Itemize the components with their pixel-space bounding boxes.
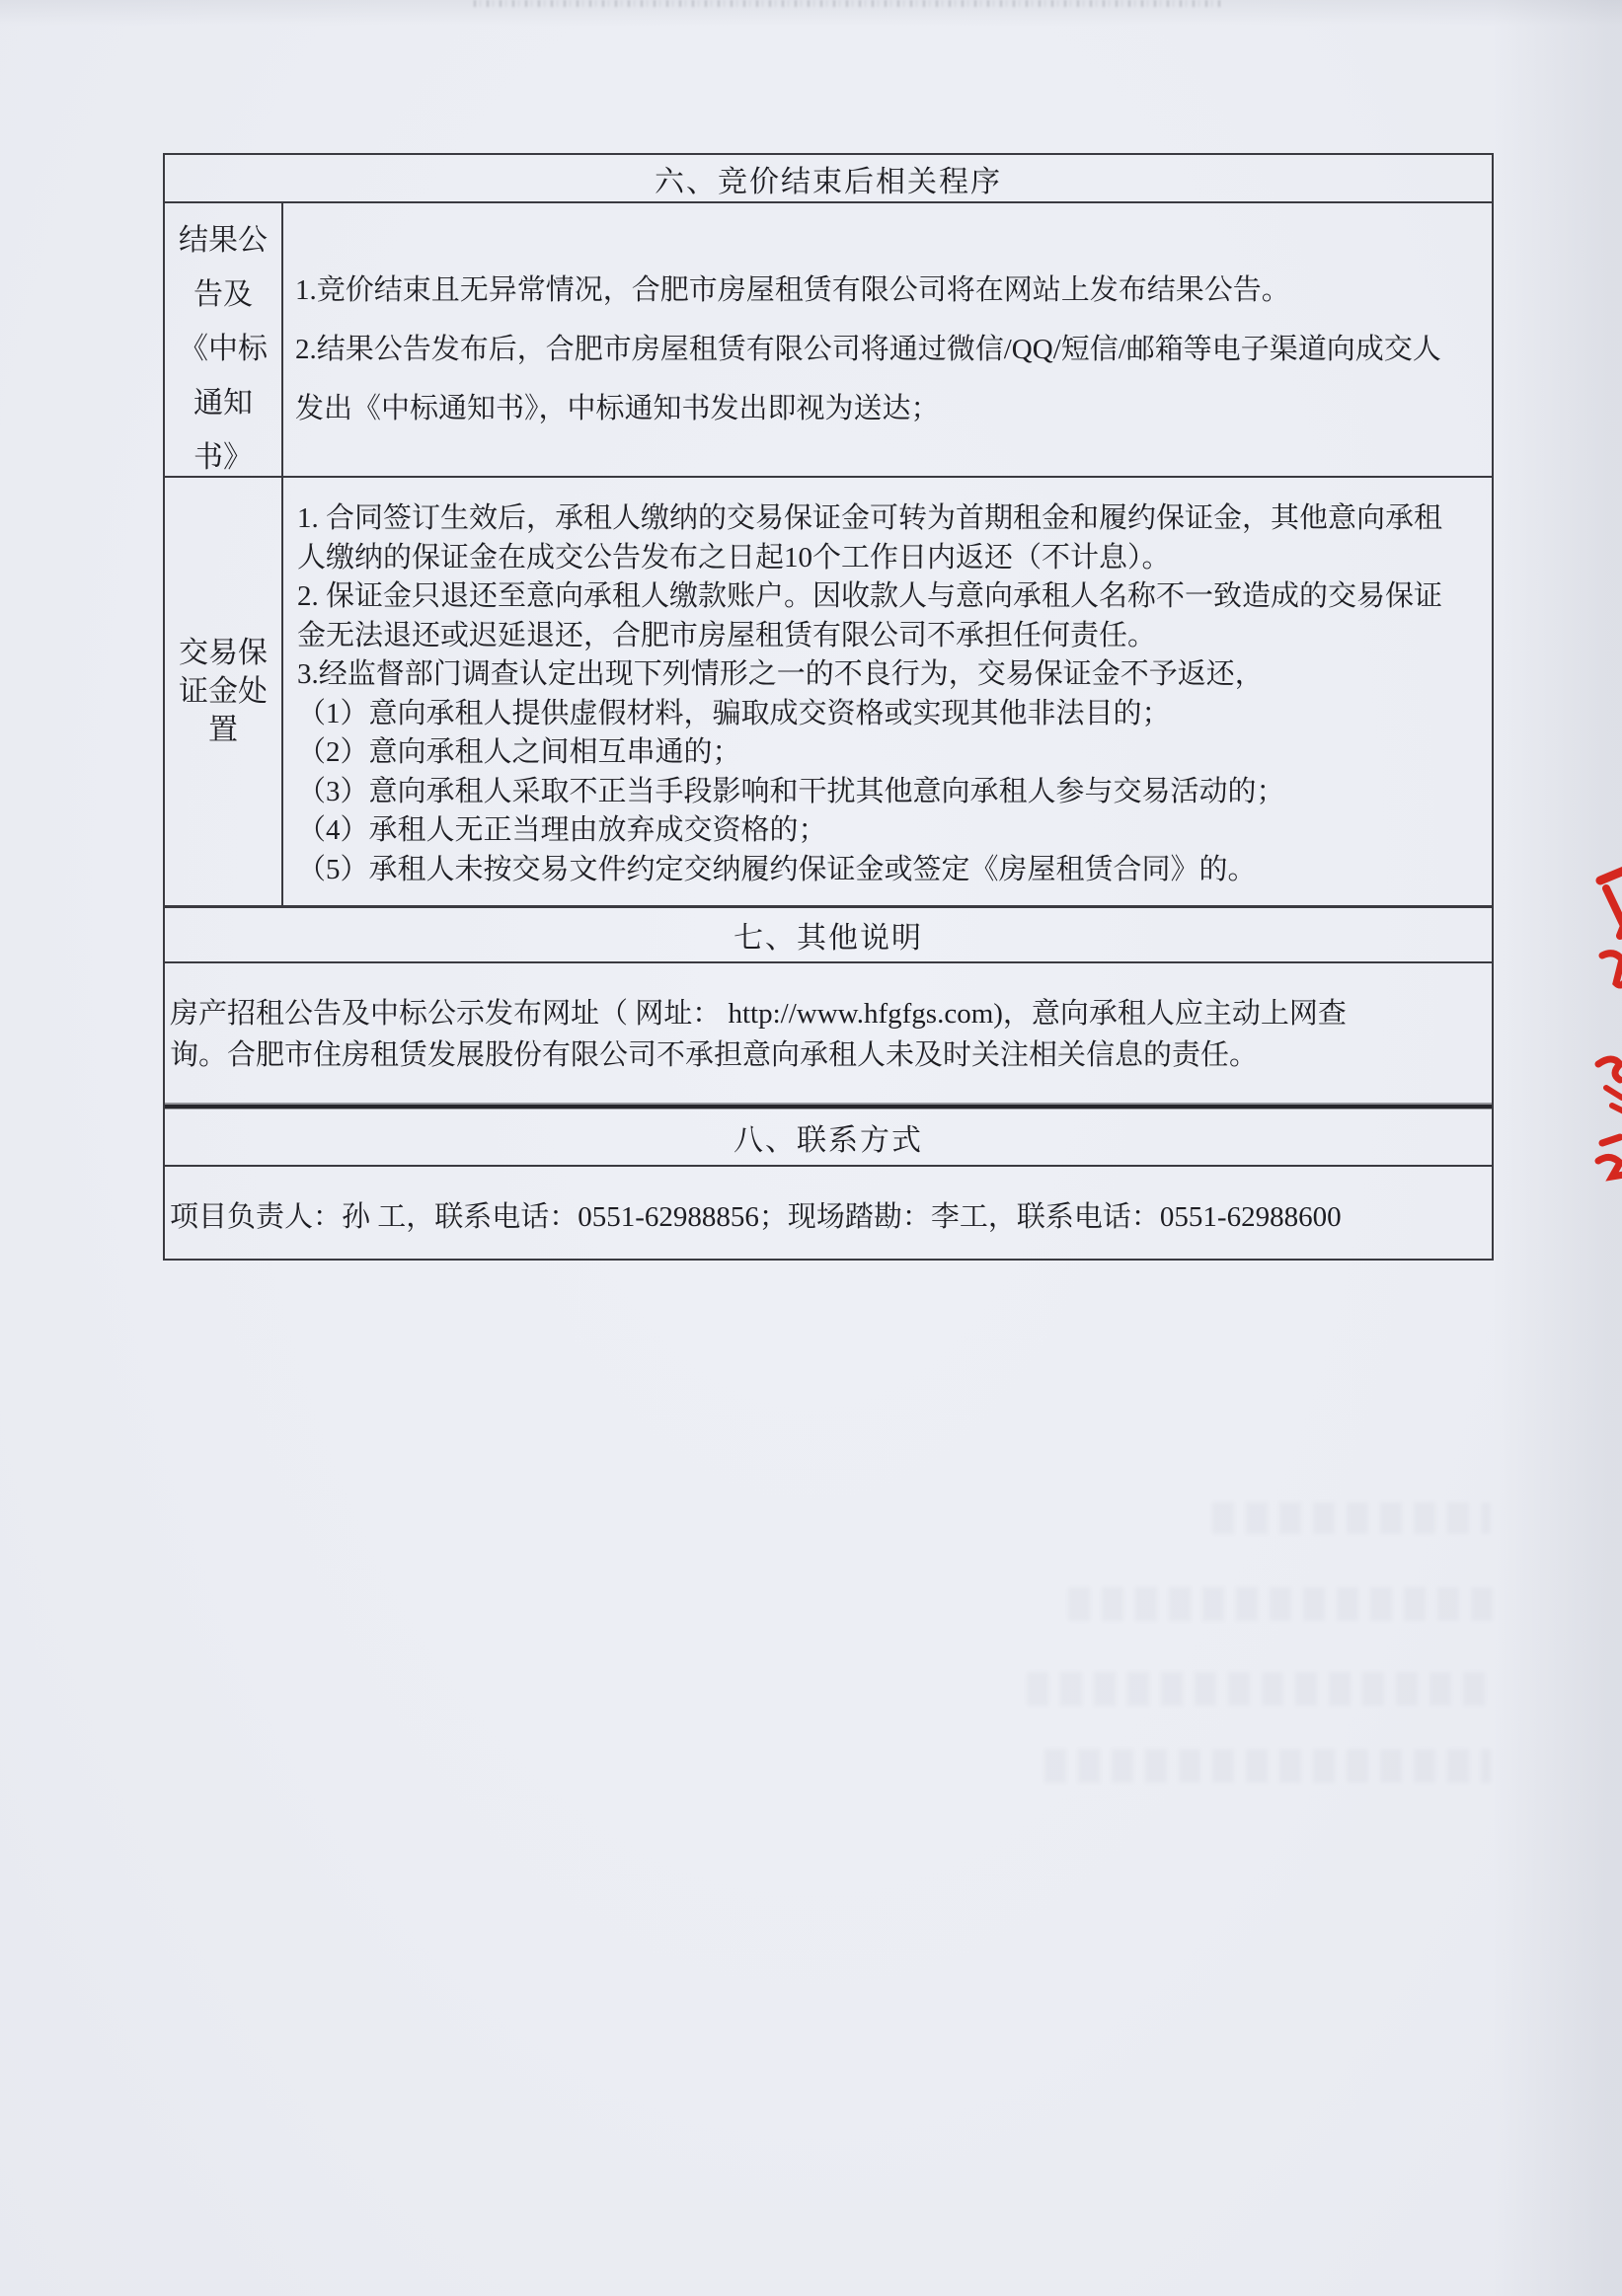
section6-header: 六、竞价结束后相关程序 bbox=[165, 155, 1492, 203]
result-announcement-content: 1.竞价结束且无异常情况，合肥市房屋租赁有限公司将在网站上发布结果公告。 2.结… bbox=[283, 203, 1492, 476]
deposit-handling-label: 交易保 证金处 置 bbox=[165, 478, 283, 905]
label-line: 告及 bbox=[165, 268, 281, 322]
content-line: （5）承租人未按交易文件约定交纳履约保证金或签定《房屋租赁合同》的。 bbox=[297, 851, 1482, 890]
section6-title: 六、竞价结束后相关程序 bbox=[655, 157, 1002, 200]
section7-title: 七、其他说明 bbox=[734, 913, 923, 957]
label-line: 置 bbox=[165, 711, 281, 749]
contact-info-row: 项目负责人：孙 工，联系电话：0551-62988856；现场踏勘：李工，联系电… bbox=[165, 1167, 1492, 1259]
paragraph-line: 询。合肥市住房租赁发展股份有限公司不承担意向承租人未及时关注相关信息的责任。 bbox=[170, 1034, 1484, 1076]
bleed-through-text-artifact bbox=[1027, 1672, 1493, 1706]
content-line: （1）意向承租人提供虚假材料，骗取成交资格或实现其他非法目的； bbox=[297, 695, 1482, 734]
content-line: 1.竞价结束且无异常情况，合肥市房屋租赁有限公司将在网站上发布结果公告。 bbox=[295, 261, 1482, 320]
content-line: 2. 保证金只退还至意向承租人缴款账户。因收款人与意向承租人名称不一致造成的交易… bbox=[297, 577, 1482, 617]
red-stamp-fragment-icon bbox=[1563, 0, 1622, 2296]
label-line: 通知 bbox=[165, 376, 281, 430]
label-line: 书》 bbox=[165, 430, 281, 485]
content-line: 3.经监督部门调查认定出现下列情形之一的不良行为，交易保证金不予返还， bbox=[297, 655, 1482, 695]
contact-line: 项目负责人：孙 工，联系电话：0551-62988856；现场踏勘：李工，联系电… bbox=[170, 1194, 1484, 1235]
content-line: 金无法退还或迟延退还，合肥市房屋租赁有限公司不承担任何责任。 bbox=[297, 617, 1482, 656]
section7-header: 七、其他说明 bbox=[165, 907, 1492, 963]
content-line: （3）意向承租人采取不正当手段影响和干扰其他意向承租人参与交易活动的； bbox=[297, 773, 1482, 812]
section7-paragraph: 房产招租公告及中标公示发布网址（ 网址： http://www.hfgfgs.c… bbox=[165, 963, 1492, 1107]
result-announcement-label: 结果公 告及 《中标 通知 书》 bbox=[165, 203, 283, 476]
bleed-through-text-artifact bbox=[1068, 1587, 1493, 1621]
section8-header: 八、联系方式 bbox=[165, 1107, 1492, 1167]
deposit-handling-row: 交易保 证金处 置 1. 合同签订生效后，承租人缴纳的交易保证金可转为首期租金和… bbox=[165, 478, 1492, 907]
label-line: 《中标 bbox=[165, 322, 281, 376]
label-line: 交易保 bbox=[165, 634, 281, 672]
content-line: （4）承租人无正当理由放弃成交资格的； bbox=[297, 811, 1482, 851]
section8-title: 八、联系方式 bbox=[734, 1115, 923, 1159]
deposit-handling-content: 1. 合同签订生效后，承租人缴纳的交易保证金可转为首期租金和履约保证金，其他意向… bbox=[283, 478, 1492, 905]
bleed-through-text-artifact bbox=[1212, 1502, 1491, 1534]
scan-noise-artifact bbox=[474, 0, 1224, 7]
tender-procedure-table: 六、竞价结束后相关程序 结果公 告及 《中标 通知 书》 1.竞价结束且无异常情… bbox=[163, 153, 1494, 1261]
content-line: 发出《中标通知书》，中标通知书发出即视为送达； bbox=[295, 379, 1482, 438]
label-line: 证金处 bbox=[165, 672, 281, 711]
content-line: 人缴纳的保证金在成交公告发布之日起10个工作日内返还（不计息）。 bbox=[297, 539, 1482, 578]
content-line: （2）意向承租人之间相互串通的； bbox=[297, 733, 1482, 773]
content-line: 2.结果公告发布后，合肥市房屋租赁有限公司将通过微信/QQ/短信/邮箱等电子渠道… bbox=[295, 320, 1482, 379]
paragraph-line: 房产招租公告及中标公示发布网址（ 网址： http://www.hfgfgs.c… bbox=[170, 993, 1484, 1034]
content-line: 1. 合同签订生效后，承租人缴纳的交易保证金可转为首期租金和履约保证金，其他意向… bbox=[297, 499, 1482, 539]
bleed-through-text-artifact bbox=[1044, 1749, 1491, 1783]
scanned-document-page: 六、竞价结束后相关程序 结果公 告及 《中标 通知 书》 1.竞价结束且无异常情… bbox=[0, 0, 1622, 2296]
label-line: 结果公 bbox=[165, 213, 281, 268]
result-announcement-row: 结果公 告及 《中标 通知 书》 1.竞价结束且无异常情况，合肥市房屋租赁有限公… bbox=[165, 203, 1492, 478]
